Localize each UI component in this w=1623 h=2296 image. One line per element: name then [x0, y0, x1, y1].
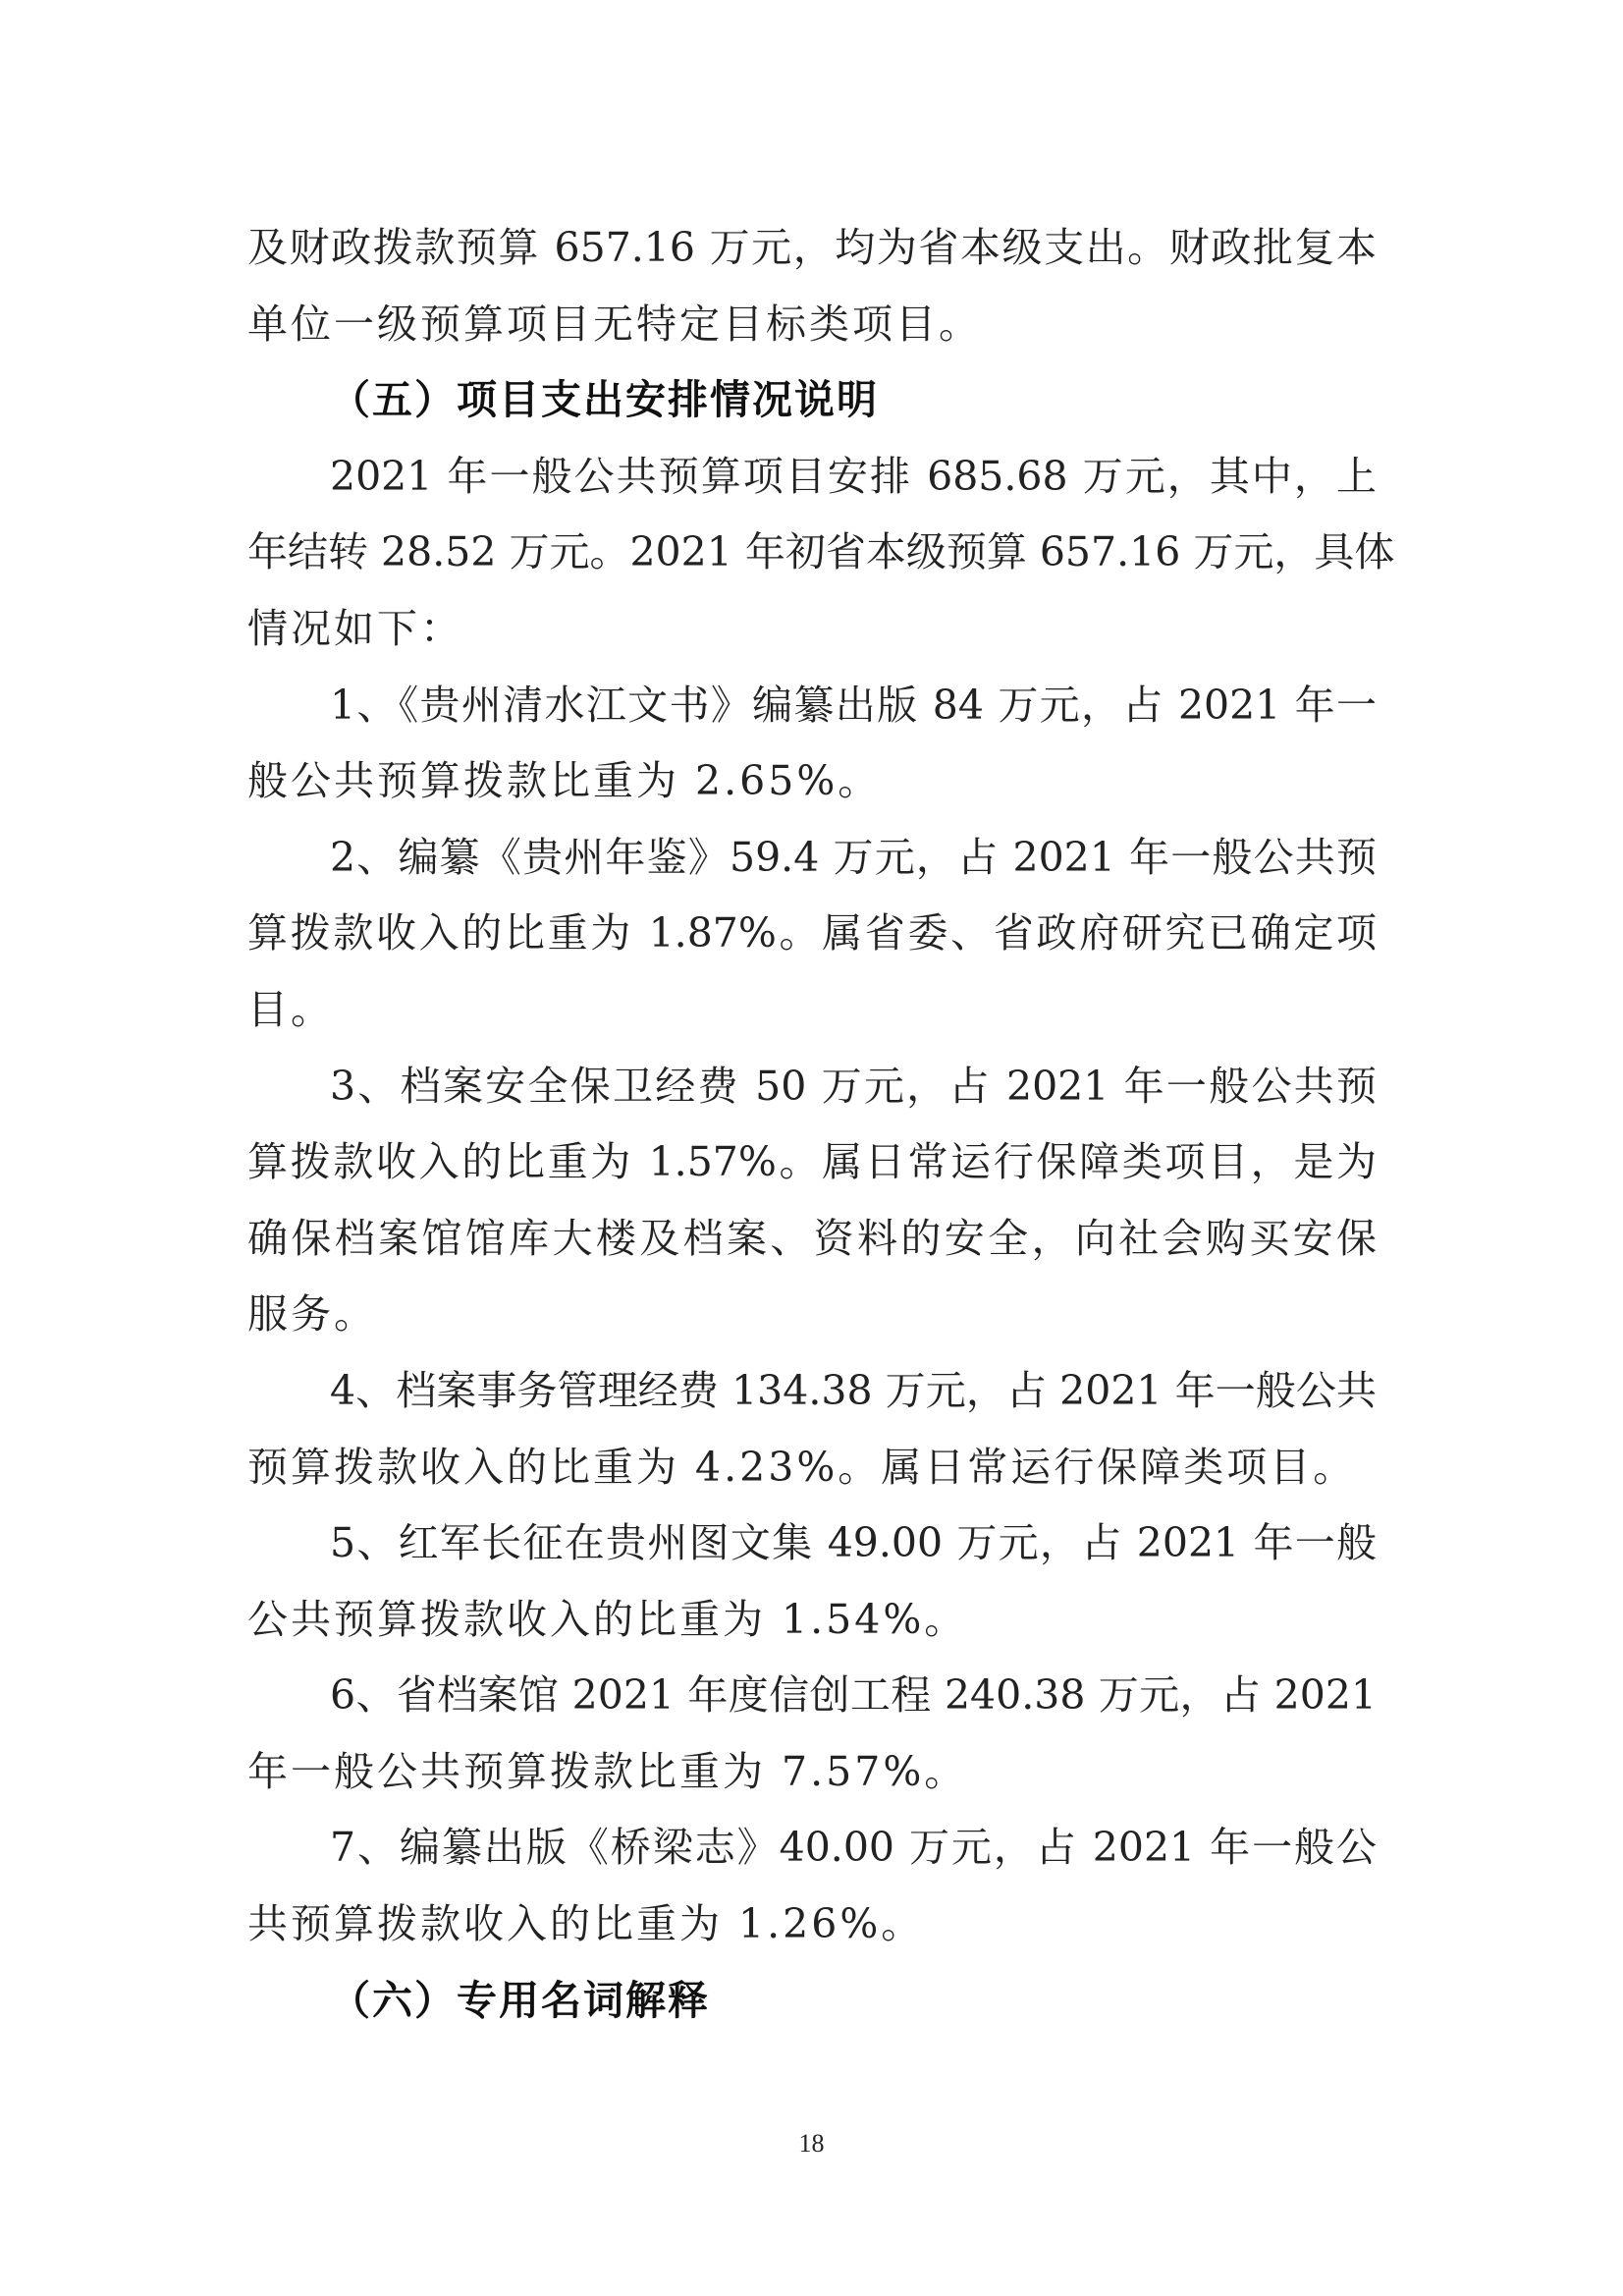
- list-item-line: 1、《贵州清水江文书》编纂出版 84 万元，占 2021 年一: [247, 668, 1377, 744]
- paragraph-line: 及财政拨款预算 657.16 万元，均为省本级支出。财政批复本: [247, 210, 1377, 287]
- list-item-line: 算拨款收入的比重为 1.87%。属省委、省政府研究已确定项: [247, 896, 1377, 972]
- paragraph-line: 单位一级预算项目无特定目标类项目。: [247, 287, 1377, 363]
- paragraph-line: 年结转 28.52 万元。2021 年初省本级预算 657.16 万元，具体: [247, 515, 1377, 591]
- list-item-line: 共预算拨款收入的比重为 1.26%。: [247, 1886, 1377, 1963]
- list-item-line: 2、编纂《贵州年鉴》59.4 万元，占 2021 年一般公共预: [247, 820, 1377, 897]
- section-heading: （五）项目支出安排情况说明: [247, 362, 1377, 439]
- list-item-line: 3、档案安全保卫经费 50 万元，占 2021 年一般公共预: [247, 1049, 1377, 1125]
- list-item-line: 服务。: [247, 1277, 1377, 1353]
- list-item-line: 6、省档案馆 2021 年度信创工程 240.38 万元，占 2021: [247, 1658, 1377, 1734]
- page-number: 18: [0, 2129, 1623, 2159]
- list-item-line: 算拨款收入的比重为 1.57%。属日常运行保障类项目，是为: [247, 1124, 1377, 1201]
- paragraph-line: 情况如下：: [247, 591, 1377, 668]
- list-item-line: 般公共预算拨款比重为 2.65%。: [247, 743, 1377, 820]
- list-item-line: 7、编纂出版《桥梁志》40.00 万元，占 2021 年一般公: [247, 1810, 1377, 1886]
- list-item-line: 目。: [247, 972, 1377, 1049]
- document-body: 及财政拨款预算 657.16 万元，均为省本级支出。财政批复本 单位一级预算项目…: [247, 210, 1377, 2039]
- list-item-line: 5、红军长征在贵州图文集 49.00 万元，占 2021 年一般: [247, 1505, 1377, 1582]
- list-item-line: 预算拨款收入的比重为 4.23%。属日常运行保障类项目。: [247, 1430, 1377, 1506]
- list-item-line: 公共预算拨款收入的比重为 1.54%。: [247, 1582, 1377, 1659]
- document-page: 及财政拨款预算 657.16 万元，均为省本级支出。财政批复本 单位一级预算项目…: [0, 0, 1623, 2296]
- section-heading: （六）专用名词解释: [247, 1963, 1377, 2040]
- list-item-line: 年一般公共预算拨款比重为 7.57%。: [247, 1734, 1377, 1811]
- list-item-line: 4、档案事务管理经费 134.38 万元，占 2021 年一般公共: [247, 1353, 1377, 1430]
- paragraph-line: 2021 年一般公共预算项目安排 685.68 万元，其中，上: [247, 439, 1377, 516]
- list-item-line: 确保档案馆馆库大楼及档案、资料的安全，向社会购买安保: [247, 1201, 1377, 1278]
